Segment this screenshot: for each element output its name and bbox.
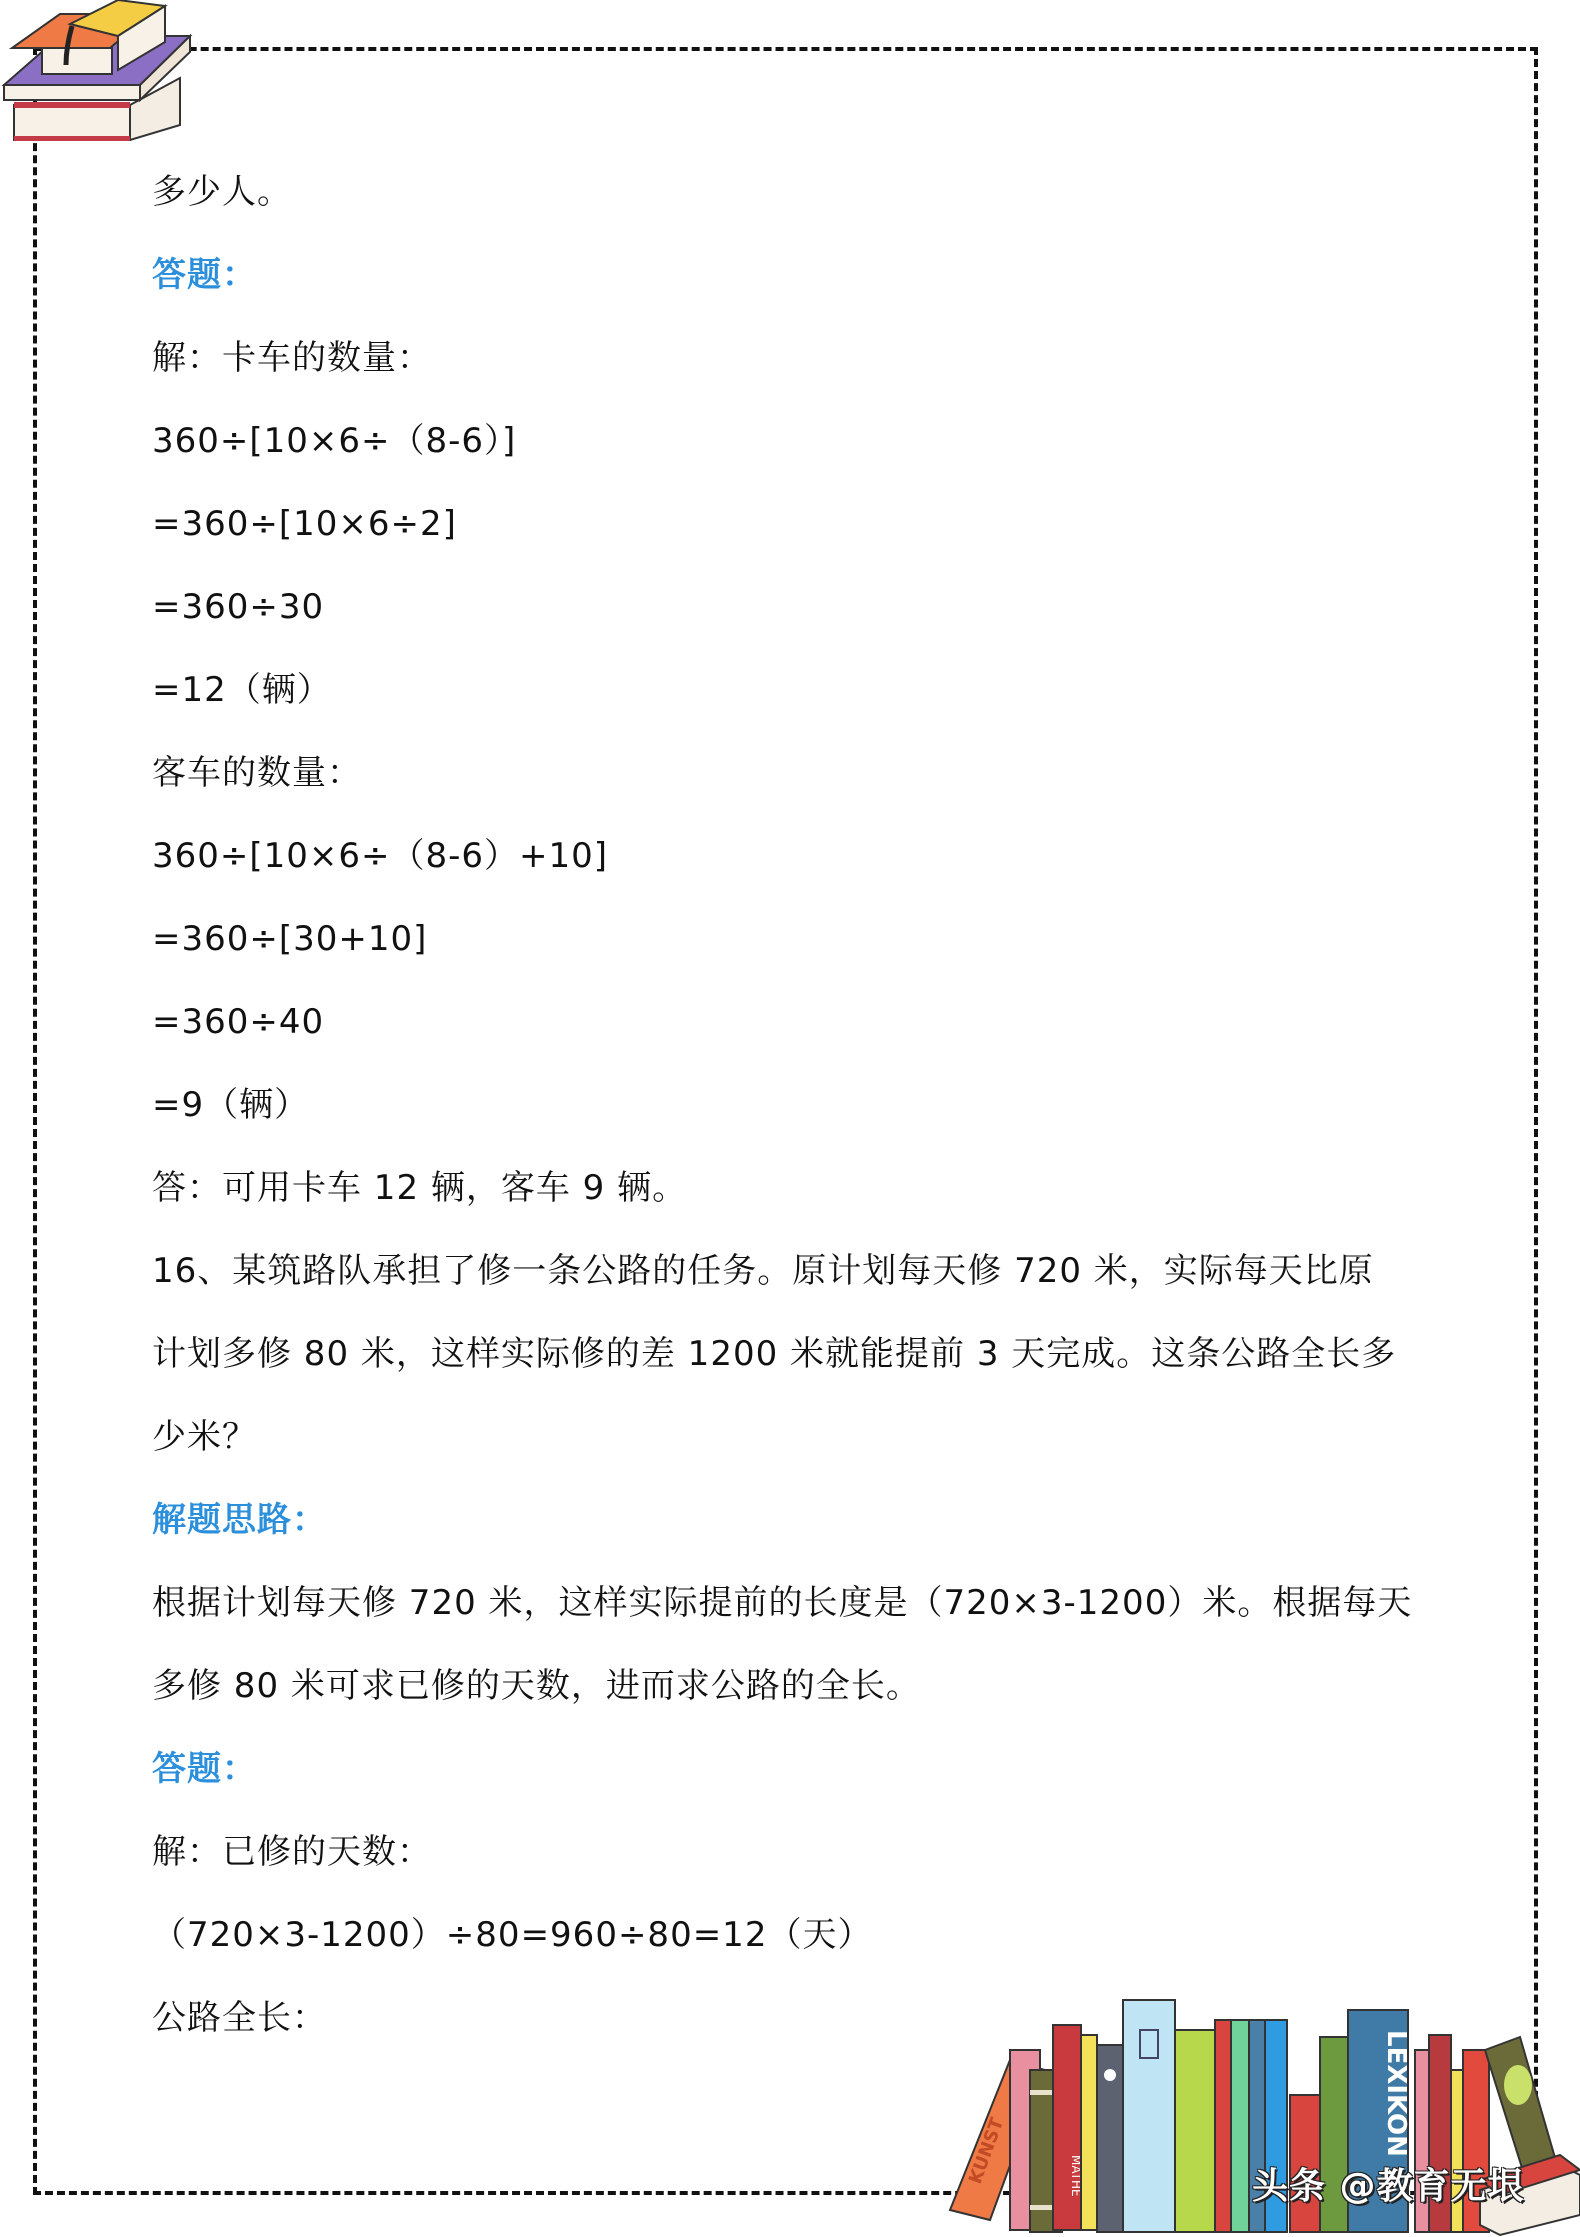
math-line: =360÷[10×6÷2] — [152, 504, 457, 544]
math-line: =360÷40 — [152, 1002, 324, 1042]
math-line: =12（辆） — [152, 670, 332, 710]
text-line: 多少人。 — [152, 172, 292, 212]
text-line: 公路全长： — [152, 1998, 327, 2038]
math-line: （720×3-1200）÷80=960÷80=12（天） — [152, 1915, 872, 1955]
math-line: =360÷[30+10] — [152, 919, 427, 959]
text-line: 解：卡车的数量： — [152, 338, 432, 378]
approach-text: 根据计划每天修 720 米，这样实际提前的长度是（720×3-1200）米。根据… — [152, 1583, 1412, 1623]
math-line: 360÷[10×6÷（8-6）] — [152, 421, 516, 461]
approach-text: 多修 80 米可求已修的天数，进而求公路的全长。 — [152, 1666, 921, 1706]
text-line: 客车的数量： — [152, 753, 362, 793]
book-stack-icon — [0, 0, 220, 150]
text-line: 解：已修的天数： — [152, 1832, 432, 1872]
section-heading-approach: 解题思路： — [152, 1500, 327, 1540]
problem-text: 16、某筑路队承担了修一条公路的任务。原计划每天修 720 米，实际每天比原 — [152, 1251, 1374, 1291]
answer-line: 答：可用卡车 12 辆，客车 9 辆。 — [152, 1168, 687, 1208]
problem-text: 计划多修 80 米，这样实际修的差 1200 米就能提前 3 天完成。这条公路全… — [152, 1334, 1396, 1374]
svg-text:LEXIKON: LEXIKON — [1381, 2030, 1411, 2157]
problem-text: 少米？ — [152, 1417, 257, 1457]
math-line: =9（辆） — [152, 1085, 309, 1125]
watermark-text: 头条 @教育无垠 — [1252, 2158, 1525, 2209]
math-line: =360÷30 — [152, 587, 324, 627]
math-line: 360÷[10×6÷（8-6）+10] — [152, 836, 608, 876]
section-heading-answer: 答题： — [152, 255, 257, 295]
section-heading-answer: 答题： — [152, 1749, 257, 1789]
